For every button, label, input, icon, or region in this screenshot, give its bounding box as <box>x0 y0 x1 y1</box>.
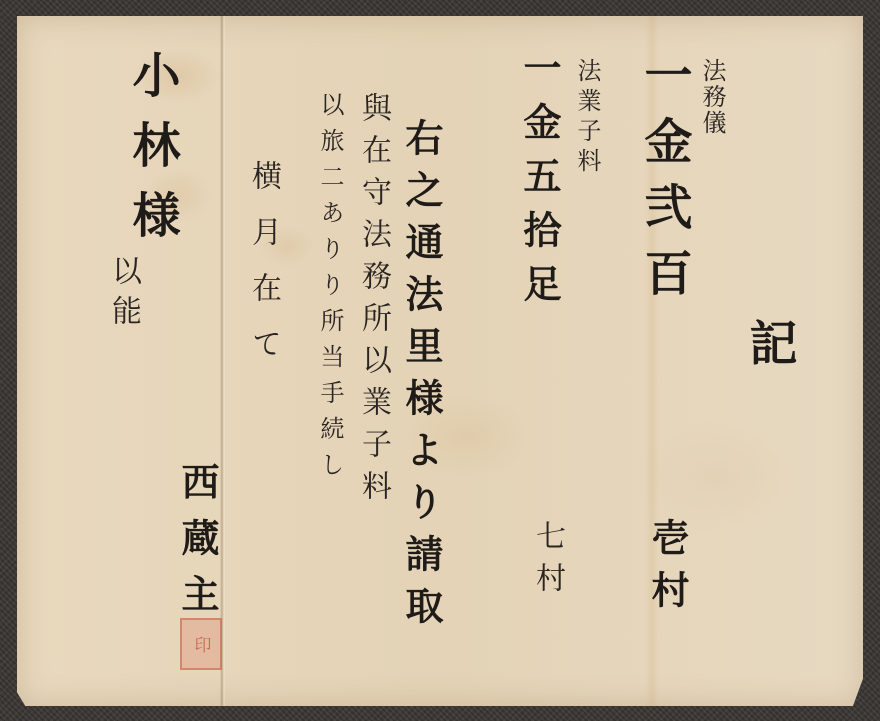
item1-annotation: 法務儀 <box>700 58 724 136</box>
item2-annotation: 法業子料 <box>575 58 599 178</box>
body-line-2: 與在守法務所以業子料 <box>358 92 388 512</box>
document-title: 記 <box>745 318 793 378</box>
addressee: 小林様 <box>128 50 176 260</box>
body-line-4-date: 横月在て <box>248 160 278 384</box>
item1-signature: 壱村 <box>648 518 686 622</box>
addressee-suffix: 以能 <box>108 255 138 335</box>
body-line-1: 右之通法里様より請取 <box>402 118 440 638</box>
sender-name: 西蔵主 <box>178 462 216 630</box>
red-seal-stamp: 印 <box>180 618 222 670</box>
item2-amount: 一金五拾足 <box>520 48 558 318</box>
body-line-3: 以旅二ありり所当手続し <box>318 92 342 488</box>
paper-fold-left <box>220 16 226 706</box>
item2-signature: 七村 <box>532 520 562 604</box>
item1-amount: 一金弐百 <box>640 50 688 314</box>
